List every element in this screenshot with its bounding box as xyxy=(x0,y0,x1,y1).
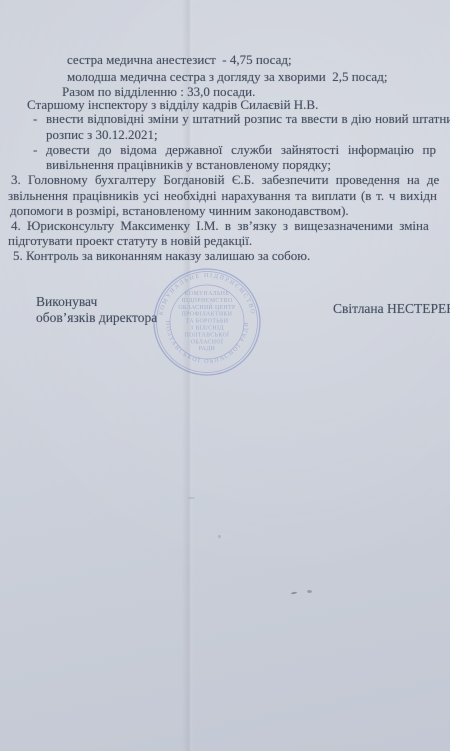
photographed-order-page: сестра медична анестезист - 4,75 посад;м… xyxy=(0,0,450,751)
line-text: 3. Головному бухгалтеру Богдановій Є.Б. … xyxy=(11,172,439,187)
signatory-role-line2: обов’язків директора xyxy=(36,310,157,326)
document-line: молодша медична сестра з догляду за хвор… xyxy=(67,70,387,84)
stamp-center-line: З ВІЛ/СНІД xyxy=(190,326,224,332)
dash-marker: - xyxy=(33,112,37,126)
line-text: 5. Контроль за виконанням наказу залишаю… xyxy=(13,248,310,263)
document-line: -внести відповідні зміни у штатний розпи… xyxy=(46,112,450,126)
line-text: Старшому інспектору з відділу кадрів Сил… xyxy=(27,97,318,112)
document-line: підготувати проект статуту в новій редак… xyxy=(8,234,252,248)
stamp-center-line: ТА БОРОТЬБИ xyxy=(186,319,229,325)
stamp-center-line: РАДИ xyxy=(199,346,216,352)
line-text: довести до відома державної служби зайня… xyxy=(46,142,436,157)
document-line: 3. Головному бухгалтеру Богдановій Є.Б. … xyxy=(11,173,439,187)
stamp-center-line: ОБЛАСНИЙ ЦЕНТР xyxy=(178,303,235,311)
document-line: -довести до відома державної служби зайн… xyxy=(46,143,436,157)
line-text: 4. Юрисконсульту Максименку І.М. в зв’яз… xyxy=(11,218,429,233)
document-line: 5. Контроль за виконанням наказу залишаю… xyxy=(13,249,310,263)
document-line: звільнення працівників усі необхідні нар… xyxy=(8,189,437,203)
line-text: вивільнення працівників у встановленому … xyxy=(46,157,331,172)
line-text: звільнення працівників усі необхідні нар… xyxy=(8,188,437,203)
dash-marker: - xyxy=(33,143,37,157)
stamp-center-line: ПОЛТАВСЬКОЇ xyxy=(185,331,230,338)
line-text: внести відповідні зміни у штатний розпис… xyxy=(46,111,450,126)
line-text: допомоги в розмірі, встановленому чинним… xyxy=(10,203,349,218)
stamp-center-text: КОМУНАЛЬНЕПІДПРИЄМСТВООБЛАСНИЙ ЦЕНТРПРОФ… xyxy=(178,291,235,352)
line-text: сестра медична анестезист - 4,75 посад; xyxy=(67,52,292,67)
document-line: Старшому інспектору з відділу кадрів Сил… xyxy=(27,98,318,112)
stamp-center-line: ПІДПРИЄМСТВО xyxy=(182,298,233,304)
stamp-center-line: ПРОФІЛАКТИКИ xyxy=(182,312,233,318)
document-line: 4. Юрисконсульту Максименку І.М. в зв’яз… xyxy=(11,219,429,233)
signatory-name: Світлана НЕСТЕРЕНК xyxy=(333,301,450,317)
stamp-center-line: КОМУНАЛЬНЕ xyxy=(185,291,230,297)
document-line: вивільнення працівників у встановленому … xyxy=(46,158,331,172)
document-line: допомоги в розмірі, встановленому чинним… xyxy=(10,204,349,218)
stamp-center-line: ОБЛАСНОЇ xyxy=(191,338,224,345)
line-text: розпис з 30.12.2021; xyxy=(46,127,158,142)
official-round-stamp-icon: КОМУНАЛЬНЕ ПІДПРИЄМСТВО ПОЛТАВСЬКОЇ ОБЛА… xyxy=(147,262,267,382)
document-line: розпис з 30.12.2021; xyxy=(46,128,158,142)
line-text: молодша медична сестра з догляду за хвор… xyxy=(67,69,387,84)
line-text: підготувати проект статуту в новій редак… xyxy=(8,233,252,248)
document-line: сестра медична анестезист - 4,75 посад; xyxy=(67,53,292,67)
signatory-role-line1: Виконувач xyxy=(36,294,157,310)
signatory-role: Виконувач обов’язків директора xyxy=(36,294,157,326)
